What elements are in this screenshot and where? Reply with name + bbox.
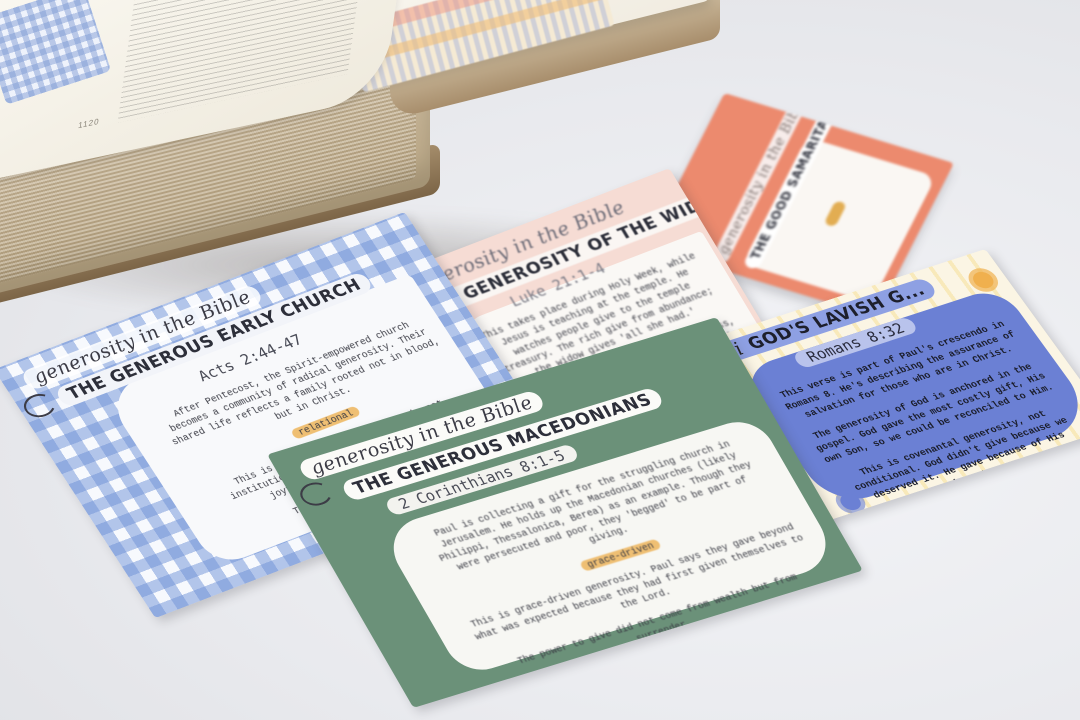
- flower-icon: [969, 270, 997, 291]
- loop-arrow-icon: [295, 479, 336, 509]
- photo-scene: 1120 generosity in the Bible THE GOOD SA…: [0, 0, 1080, 720]
- book-page-number: 1120: [78, 117, 100, 131]
- loop-arrow-icon: [19, 390, 60, 421]
- book-text-lines: [118, 0, 368, 123]
